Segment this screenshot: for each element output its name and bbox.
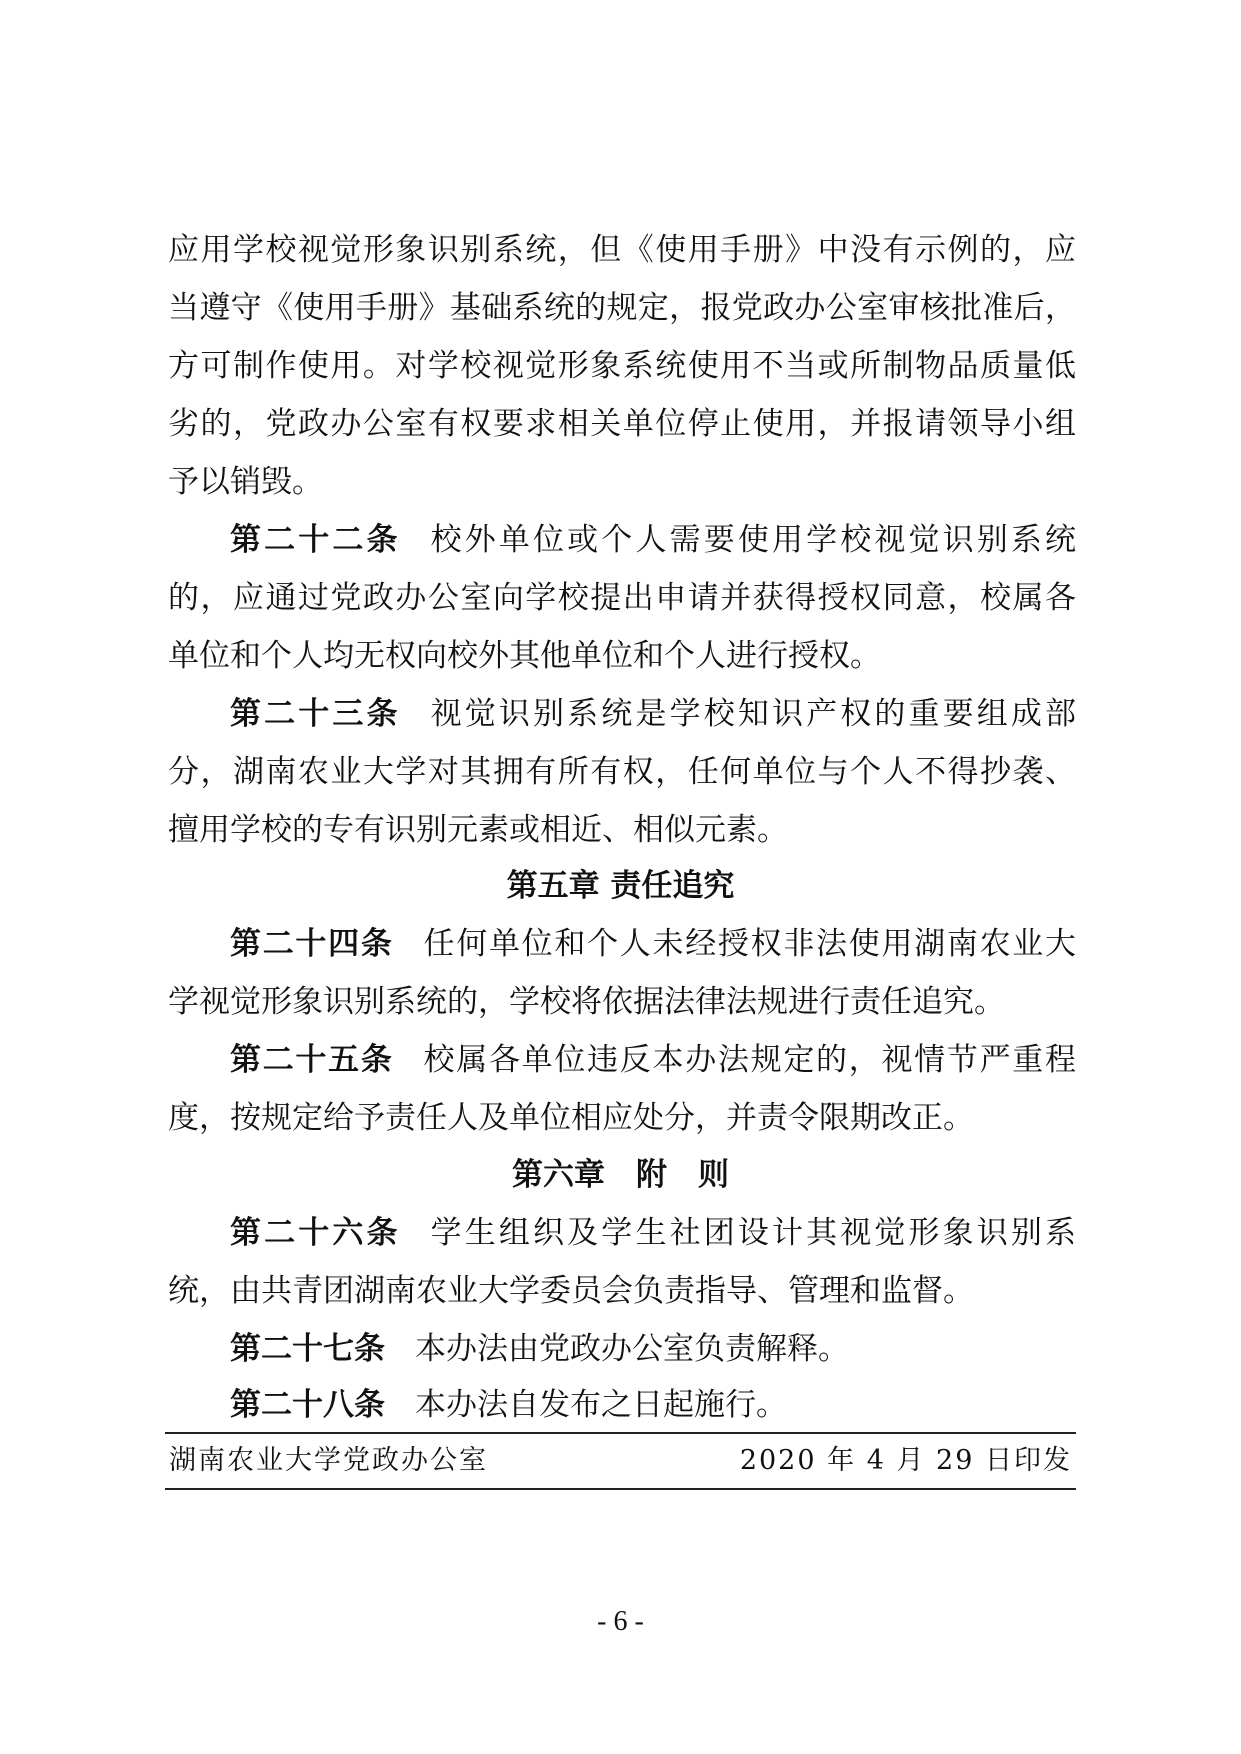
article-24-first-line: 第二十四条任何单位和个人未经授权非法使用湖南农业大 [230, 924, 1076, 964]
body-line: 劣的，党政办公室有权要求相关单位停止使用，并报请领导小组 [168, 404, 1076, 444]
body-line: 予以销毁。 [168, 462, 1076, 502]
body-line: 当遵守《使用手册》基础系统的规定，报党政办公室审核批准后， [168, 288, 1076, 328]
article-26-heading: 第二十六条 [230, 1215, 401, 1251]
article-26-text: 学生组织及学生社团设计其视觉形象识别系 [431, 1215, 1076, 1251]
chapter-5-title: 第五章 责任追究 [0, 866, 1241, 906]
chapter-6-title: 第六章 附 则 [0, 1155, 1241, 1195]
article-23-text: 视觉识别系统是学校知识产权的重要组成部 [431, 696, 1076, 732]
page-number: - 6 - [0, 1604, 1241, 1640]
article-27-heading: 第二十七条 [230, 1331, 385, 1367]
issuer-name: 湖南农业大学党政办公室 [165, 1441, 492, 1481]
body-line: 方可制作使用。对学校视觉形象系统使用不当或所制物品质量低 [168, 346, 1076, 386]
article-28-heading: 第二十八条 [230, 1387, 385, 1423]
footer-bottom-rule [165, 1488, 1076, 1490]
body-line: 擅用学校的专有识别元素或相近、相似元素。 [168, 810, 1076, 850]
article-28-text: 本办法自发布之日起施行。 [415, 1387, 787, 1423]
footer-issuer-row: 湖南农业大学党政办公室 2020 年 4 月 29 日印发 [165, 1441, 1076, 1481]
article-24-heading: 第二十四条 [230, 926, 394, 962]
footer-top-rule [165, 1432, 1076, 1434]
article-25-text: 校属各单位违反本办法规定的，视情节严重程 [424, 1042, 1076, 1078]
article-25-first-line: 第二十五条校属各单位违反本办法规定的，视情节严重程 [230, 1040, 1076, 1080]
article-22-heading: 第二十二条 [230, 522, 401, 558]
body-line: 单位和个人均无权向校外其他单位和个人进行授权。 [168, 636, 1076, 676]
article-24-text: 任何单位和个人未经授权非法使用湖南农业大 [424, 926, 1076, 962]
article-22-text: 校外单位或个人需要使用学校视觉识别系统 [431, 522, 1076, 558]
article-25-heading: 第二十五条 [230, 1042, 394, 1078]
body-line: 统，由共青团湖南农业大学委员会负责指导、管理和监督。 [168, 1271, 1076, 1311]
article-28-line: 第二十八条本办法自发布之日起施行。 [230, 1385, 1076, 1425]
article-22-first-line: 第二十二条校外单位或个人需要使用学校视觉识别系统 [230, 520, 1076, 560]
body-line: 学视觉形象识别系统的，学校将依据法律法规进行责任追究。 [168, 982, 1076, 1022]
body-line: 度，按规定给予责任人及单位相应处分，并责令限期改正。 [168, 1098, 1076, 1138]
issue-date: 2020 年 4 月 29 日印发 [736, 1441, 1076, 1481]
body-line: 应用学校视觉形象识别系统，但《使用手册》中没有示例的，应 [168, 230, 1076, 270]
document-page: 应用学校视觉形象识别系统，但《使用手册》中没有示例的，应 当遵守《使用手册》基础… [0, 0, 1241, 1754]
article-27-line: 第二十七条本办法由党政办公室负责解释。 [230, 1329, 1076, 1369]
article-23-heading: 第二十三条 [230, 696, 401, 732]
article-26-first-line: 第二十六条学生组织及学生社团设计其视觉形象识别系 [230, 1213, 1076, 1253]
body-line: 的，应通过党政办公室向学校提出申请并获得授权同意，校属各 [168, 578, 1076, 618]
article-23-first-line: 第二十三条视觉识别系统是学校知识产权的重要组成部 [230, 694, 1076, 734]
article-27-text: 本办法由党政办公室负责解释。 [415, 1331, 849, 1367]
body-line: 分，湖南农业大学对其拥有所有权，任何单位与个人不得抄袭、 [168, 752, 1076, 792]
